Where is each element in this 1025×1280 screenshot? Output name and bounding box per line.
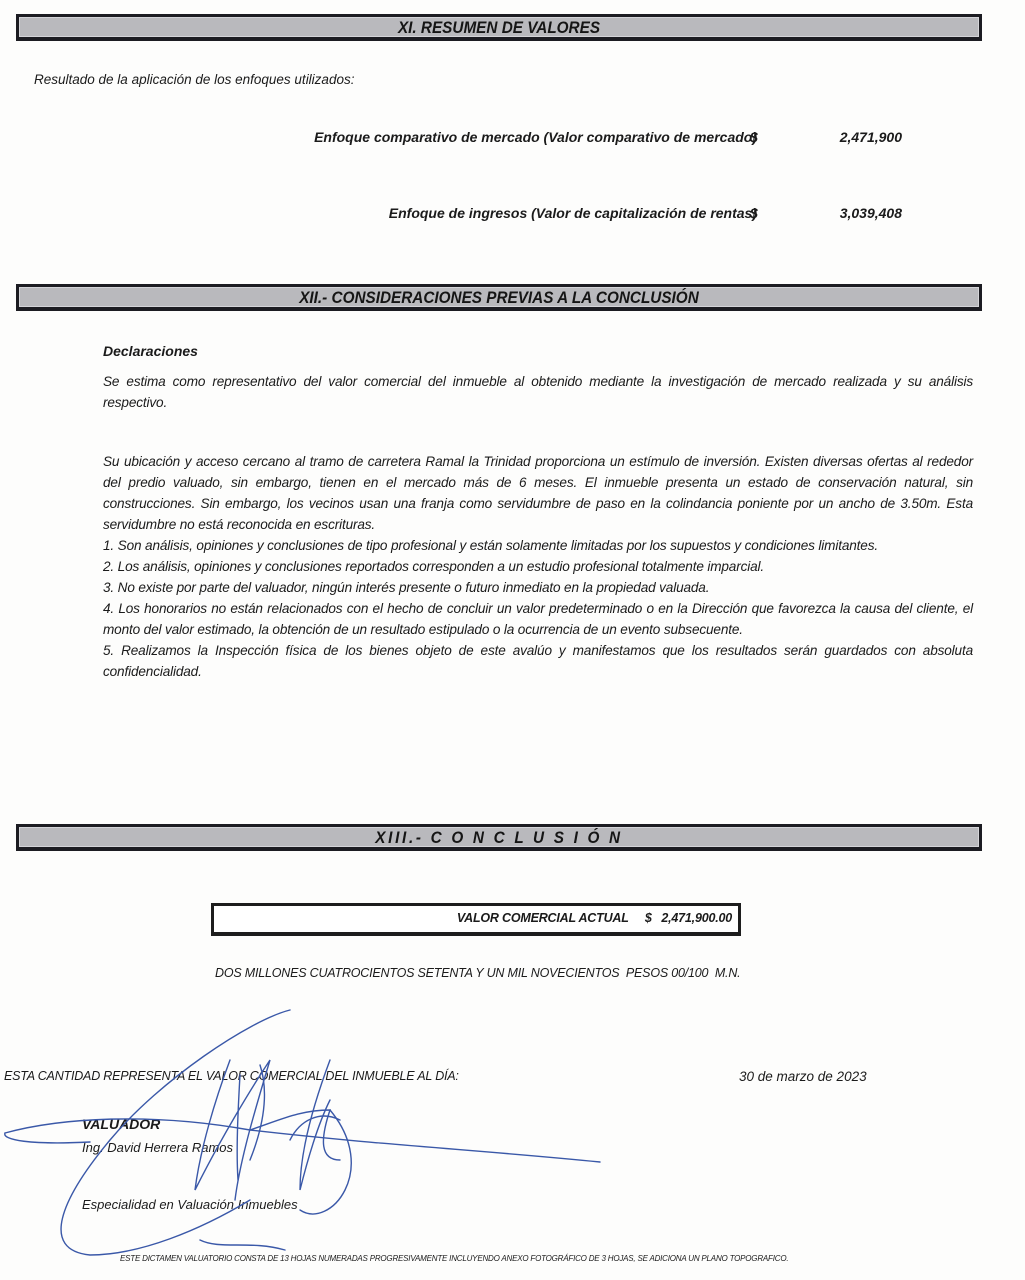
- approach-value: 2,471,900: [802, 129, 902, 145]
- appraiser-name: Ing. David Herrera Ramos: [82, 1140, 233, 1155]
- section-title-xii: XII.- CONSIDERACIONES PREVIAS A LA CONCL…: [67, 287, 931, 307]
- value-in-words: DOS MILLONES CUATROCIENTOS SETENTA Y UN …: [215, 966, 740, 980]
- declarations-body: Su ubicación y acceso cercano al tramo d…: [103, 451, 973, 682]
- declaration-item: 4. Los honorarios no están relacionados …: [103, 598, 973, 640]
- declaration-item: 5. Realizamos la Inspección física de lo…: [103, 640, 973, 682]
- approach-currency: $: [750, 205, 758, 221]
- declaration-item: 3. No existe por parte del valuador, nin…: [103, 577, 973, 598]
- declaration-item: 2. Los análisis, opiniones y conclusione…: [103, 556, 973, 577]
- approach-label: Enfoque de ingresos (Valor de capitaliza…: [389, 205, 757, 221]
- declaration-item: 1. Son análisis, opiniones y conclusione…: [103, 535, 973, 556]
- appraiser-role: VALUADOR: [82, 1116, 160, 1132]
- section-title-xiii: XIII.- C O N C L U S I Ó N: [67, 827, 931, 847]
- section-header-xiii: XIII.- C O N C L U S I Ó N: [16, 824, 982, 851]
- commercial-value-label: VALOR COMERCIAL ACTUAL: [457, 911, 629, 925]
- section-header-xii: XII.- CONSIDERACIONES PREVIAS A LA CONCL…: [16, 284, 982, 311]
- represents-statement: ESTA CANTIDAD REPRESENTA EL VALOR COMERC…: [4, 1069, 459, 1083]
- approach-value: 3,039,408: [802, 205, 902, 221]
- statement-text: Se estima como representativo del valor …: [103, 371, 973, 413]
- approach-label: Enfoque comparativo de mercado (Valor co…: [314, 129, 757, 145]
- appraiser-specialty: Especialidad en Valuación Inmuebles: [82, 1197, 298, 1212]
- commercial-value-box: VALOR COMERCIAL ACTUAL $ 2,471,900.00: [211, 903, 741, 936]
- summary-intro: Resultado de la aplicación de los enfoqu…: [34, 72, 354, 87]
- commercial-value-currency: $: [645, 911, 652, 925]
- section-header-xi: XI. RESUMEN DE VALORES: [16, 14, 982, 41]
- approach-currency: $: [750, 129, 758, 145]
- commercial-value-amount: 2,471,900.00: [661, 911, 732, 925]
- context-paragraph: Su ubicación y acceso cercano al tramo d…: [103, 451, 973, 535]
- declarations-heading: Declaraciones: [103, 343, 198, 359]
- representative-statement: Se estima como representativo del valor …: [103, 371, 973, 413]
- section-title-xi: XI. RESUMEN DE VALORES: [67, 17, 931, 37]
- commercial-value: VALOR COMERCIAL ACTUAL $ 2,471,900.00: [457, 911, 732, 925]
- footer-note: ESTE DICTAMEN VALUATORIO CONSTA DE 13 HO…: [120, 1254, 788, 1263]
- valuation-date: 30 de marzo de 2023: [739, 1069, 867, 1084]
